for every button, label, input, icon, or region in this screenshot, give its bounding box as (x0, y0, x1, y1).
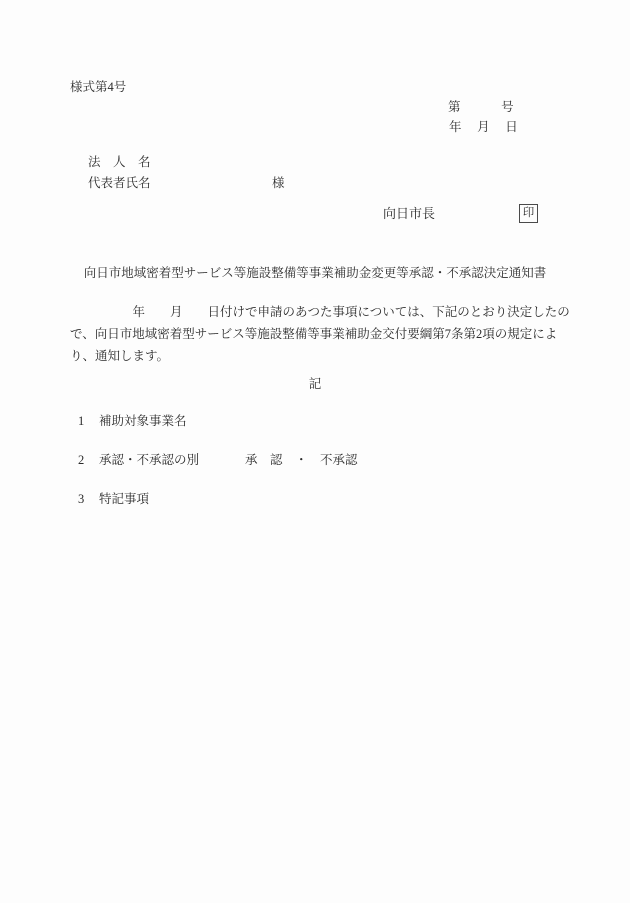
issuer-mayor-name: 向日市長 (383, 205, 435, 222)
document-title: 向日市地域密着型サービス等施設整備等事業補助金変更等承認・不承認決定通知書 (0, 265, 630, 282)
seal-mark-text: 印 (523, 207, 535, 219)
representative-name-label: 代表者氏名 (88, 175, 151, 192)
item-1-label: 補助対象事業名 (99, 413, 187, 430)
item-row-3: 3 特記事項 (0, 491, 630, 509)
seal-placeholder: 印 (519, 204, 538, 223)
item-2-number: 2 (78, 452, 84, 469)
item-1-number: 1 (78, 413, 84, 430)
form-number: 様式第4号 (70, 79, 126, 96)
doc-number-blank: 第 号 (448, 99, 514, 116)
corporation-name-label: 法 人 名 (88, 154, 151, 171)
item-3-number: 3 (78, 491, 84, 508)
ki-marker: 記 (0, 376, 630, 393)
body-line-1: 年 月 日付けで申請のあつた事項については、下記のとおり決定したの (70, 301, 570, 323)
item-row-2: 2 承認・不承認の別 承 認 ・ 不承認 (0, 452, 630, 470)
body-paragraph: 年 月 日付けで申請のあつた事項については、下記のとおり決定したの で、向日市地… (70, 301, 570, 367)
item-row-1: 1 補助対象事業名 (0, 413, 630, 431)
body-line-3: り、通知します。 (70, 345, 570, 367)
item-3-label: 特記事項 (99, 491, 149, 508)
item-2-value: 承 認 ・ 不承認 (245, 452, 358, 469)
item-2-label: 承認・不承認の別 (99, 452, 199, 469)
body-line-2: で、向日市地域密着型サービス等施設整備等事業補助金交付要綱第7条第2項の規定によ (70, 323, 570, 345)
date-blank: 年 月 日 (449, 119, 518, 136)
honorific-sama: 様 (272, 175, 285, 192)
document-page: 様式第4号 第 号 年 月 日 法 人 名 代表者氏名 様 向日市長 印 向日市… (0, 0, 630, 903)
